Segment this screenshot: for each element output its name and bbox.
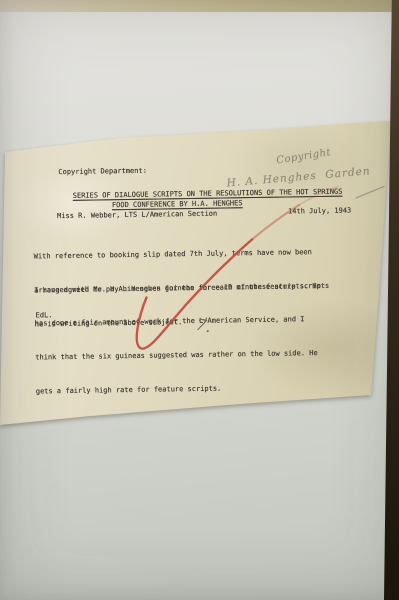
pencil-marks-overlay bbox=[0, 0, 399, 600]
photo-of-memo: Copyright Department: Copyright H. A. He… bbox=[0, 0, 399, 600]
pencil-slash-mark bbox=[356, 187, 384, 199]
red-check-mark bbox=[137, 187, 338, 349]
